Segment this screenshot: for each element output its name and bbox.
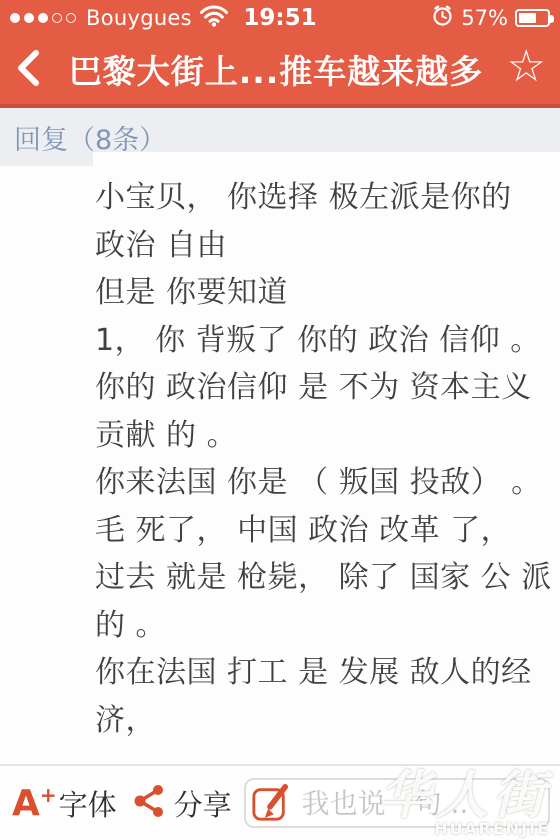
signal-dot [10,13,20,23]
star-outline-icon: ☆ [507,41,546,92]
battery-nub [550,15,554,23]
post-content: 小宝贝， 你选择 极左派是你的政治 自由但是 你要知道1， 你 背叛了 你的 政… [0,166,560,760]
signal-dot [52,13,62,23]
status-bar: Bouygues 19:51 57% [0,0,560,35]
post-text-line: 1， 你 背叛了 你的 政治 信仰 。 [95,317,550,365]
nav-bar: 巴黎大街上...推车越来越多 ☆ [0,35,560,108]
page-title: 巴黎大街上...推车越来越多 [58,46,494,93]
post-text-line: 你在法国 打工 是 发展 敌人的经 [95,649,550,697]
post-text-line: 济， [95,697,550,745]
signal-dot [38,13,48,23]
chevron-left-icon [14,48,42,92]
share-button[interactable]: 分享 [133,783,232,824]
post-text-line: 政治 自由 [95,222,550,270]
post-text-line: 贡献 的 。 [95,412,550,460]
status-bar-left: Bouygues [10,5,228,31]
reply-count-label: 回复（8条） [14,118,166,157]
comment-input[interactable] [244,778,550,828]
post-text-line: 小宝贝， 你选择 极左派是你的 [95,174,550,222]
battery-icon [515,9,550,27]
font-size-label: 字体 [59,783,117,824]
share-icon [133,784,165,822]
signal-dot [66,13,76,23]
font-size-icon: A+ [12,785,57,822]
comment-composer [244,778,550,828]
post-text-line: 的 。 [95,602,550,650]
battery-fill [519,13,536,23]
status-bar-right: 57% [431,4,550,31]
reply-header-notch [93,152,560,166]
signal-dot [24,13,34,23]
font-size-button[interactable]: A+ 字体 [12,783,117,824]
post-text-line: 毛 死了， 中国 政治 改革 了， [95,507,550,555]
share-label: 分享 [174,783,232,824]
app-screen: Bouygues 19:51 57% [0,0,560,840]
post-text-line: 你的 政治信仰 是 不为 资本主义 [95,364,550,412]
favorite-button[interactable]: ☆ [494,45,546,95]
reply-count-header: 回复（8条） [0,108,560,166]
post-text-line: 过去 就是 枪毙， 除了 国家 公 派 [95,554,550,602]
post-text: 小宝贝， 你选择 极左派是你的政治 自由但是 你要知道1， 你 背叛了 你的 政… [0,166,560,744]
bottom-toolbar: A+ 字体 分享 [0,764,560,840]
back-button[interactable] [14,48,58,92]
post-text-line: 但是 你要知道 [95,269,550,317]
post-text-line: 你来法国 你是 （ 叛国 投敌） 。 [95,459,550,507]
wifi-icon [200,5,228,31]
carrier-label: Bouygues [86,6,192,30]
alarm-clock-icon [431,4,454,31]
signal-dots-icon [10,13,76,23]
battery-percent: 57% [461,6,508,30]
